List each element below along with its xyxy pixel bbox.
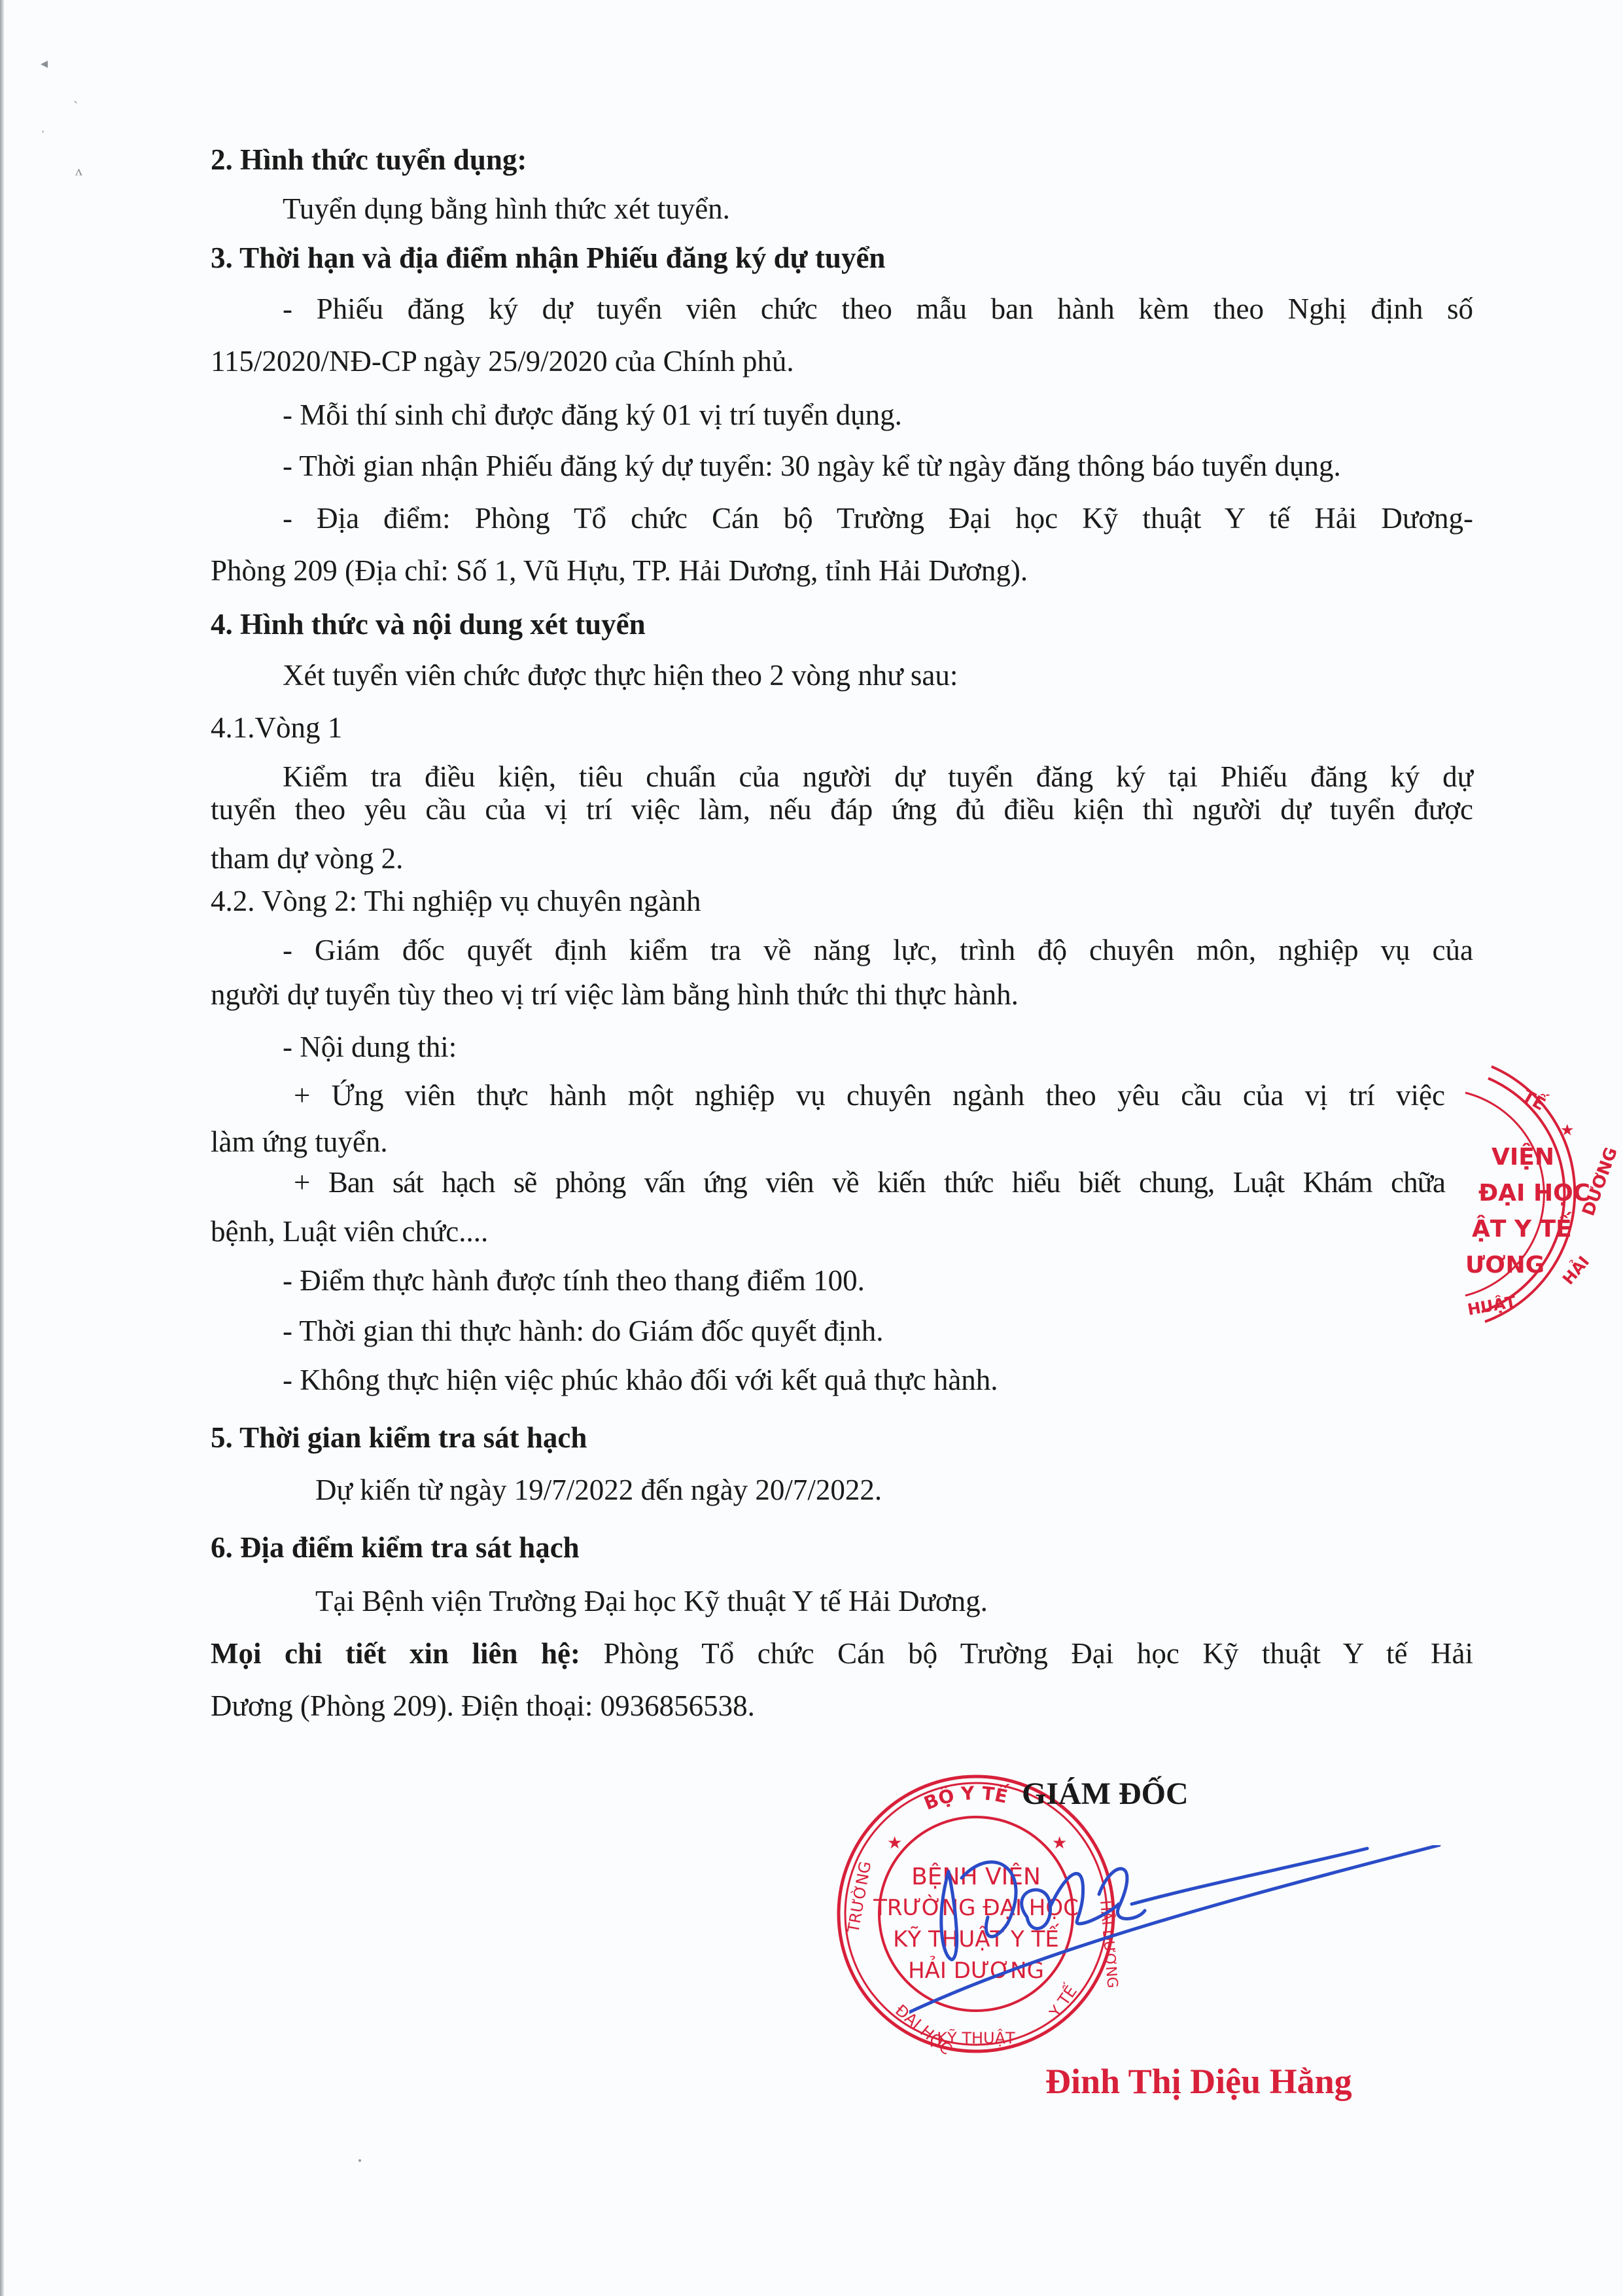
exam-time-rule: - Thời gian thi thực hành: do Giám đốc q… [283,1316,883,1346]
svg-text:TRƯỜNG: TRƯỜNG [843,1860,875,1935]
contact-line-2: Dương (Phòng 209). Điện thoại: 093685653… [211,1691,755,1721]
handwritten-signature-icon [909,1845,1446,2015]
round-2-title: 4.2. Vòng 2: Thi nghiệp vụ chuyên ngành [211,887,701,916]
exam-content-1-line-2: làm ứng tuyển. [211,1127,388,1157]
section-5-body: Dự kiến từ ngày 19/7/2022 đến ngày 20/7/… [315,1475,882,1505]
partial-stamp-icon: TẾ ★ VIỆN ĐẠI HỌC ẬT Y TẾ ƯƠNG DƯƠNG HẢI… [1459,1053,1623,1328]
partial-stamp-line: VIỆN [1492,1142,1554,1171]
partial-stamp-line: ƯƠNG [1465,1252,1544,1279]
contact-line-1: Mọi chi tiết xin liên hệ: Phòng Tổ chức … [211,1639,1473,1669]
exam-content-2-line-2: bệnh, Luật viên chức.... [211,1217,488,1246]
stamp-top-text: BỘ Y TẾ [921,1781,1011,1814]
no-review-rule: - Không thực hiện việc phúc khảo đối với… [283,1366,998,1395]
round-2-item-1-line-2: người dự tuyển tùy theo vị trí việc làm … [211,980,1019,1010]
section-3-item-4-line-1: - Địa điểm: Phòng Tổ chức Cán bộ Trường … [283,504,1473,533]
section-3-item-1-line-2: 115/2020/NĐ-CP ngày 25/9/2020 của Chính … [211,347,794,376]
exam-content-2-line-1: + Ban sát hạch sẽ phỏng vấn ứng viên về … [294,1168,1445,1197]
round-1-line-1: Kiểm tra điều kiện, tiêu chuẩn của người… [283,762,1473,792]
scan-speck: ʌ [75,162,82,179]
section-3-item-2: - Mỗi thí sinh chỉ được đăng ký 01 vị tr… [283,400,902,430]
svg-text:HẢI: HẢI [1556,1250,1593,1288]
round-2-item-1-line-1: - Giám đốc quyết định kiểm tra về năng l… [283,936,1473,965]
round-1-line-2: tuyển theo yêu cầu của vị trí việc làm, … [211,795,1473,824]
section-3-item-1-line-1: - Phiếu đăng ký dự tuyển viên chức theo … [283,294,1473,324]
section-3-item-3: - Thời gian nhận Phiếu đăng ký dự tuyển:… [283,451,1341,481]
scan-speck: ˌ [41,116,45,133]
scoring-rule: - Điểm thực hành được tính theo thang đi… [283,1266,865,1296]
section-6-heading: 6. Địa điểm kiểm tra sát hạch [211,1533,580,1563]
section-6-body: Tại Bệnh viện Trường Đại học Kỹ thuật Y … [315,1587,988,1616]
partial-stamp-line: ẬT Y TẾ [1472,1212,1572,1243]
exam-content-1-line-1: + Ứng viên thực hành một nghiệp vụ chuyê… [294,1081,1445,1110]
partial-stamp-line: ĐẠI HỌC [1478,1180,1590,1207]
section-2-heading: 2. Hình thức tuyển dụng: [211,145,527,175]
contact-label: Mọi chi tiết xin liên hệ: [211,1637,580,1670]
svg-text:★: ★ [887,1833,902,1853]
round-1-title: 4.1.Vòng 1 [211,713,342,743]
scan-speck: ˋ [73,98,78,115]
svg-text:BỘ Y TẾ: BỘ Y TẾ [921,1781,1011,1814]
svg-text:KỸ THUẬT: KỸ THUẬT [937,2028,1015,2047]
signatory-title: GIÁM ĐỐC [1022,1776,1189,1812]
svg-text:HUẬT: HUẬT [1466,1291,1518,1319]
section-3-heading: 3. Thời hạn và địa điểm nhận Phiếu đăng … [211,243,885,273]
scan-speck [358,2159,361,2162]
svg-text:★: ★ [1560,1121,1575,1139]
signer-name: Đinh Thị Diệu Hằng [1045,2061,1352,2102]
section-4-heading: 4. Hình thức và nội dung xét tuyển [211,610,646,639]
scan-speck: ◂ [41,55,48,72]
section-5-heading: 5. Thời gian kiểm tra sát hạch [211,1423,587,1453]
scan-edge [0,0,4,2296]
section-2-body: Tuyển dụng bằng hình thức xét tuyển. [283,194,730,224]
section-4-intro: Xét tuyển viên chức được thực hiện theo … [283,661,958,690]
contact-line-1-rest: Phòng Tổ chức Cán bộ Trường Đại học Kỹ t… [580,1637,1473,1670]
exam-content-label: - Nội dung thi: [283,1033,457,1062]
section-3-item-4-line-2: Phòng 209 (Địa chỉ: Số 1, Vũ Hựu, TP. Hả… [211,556,1028,586]
round-1-line-3: tham dự vòng 2. [211,844,403,874]
